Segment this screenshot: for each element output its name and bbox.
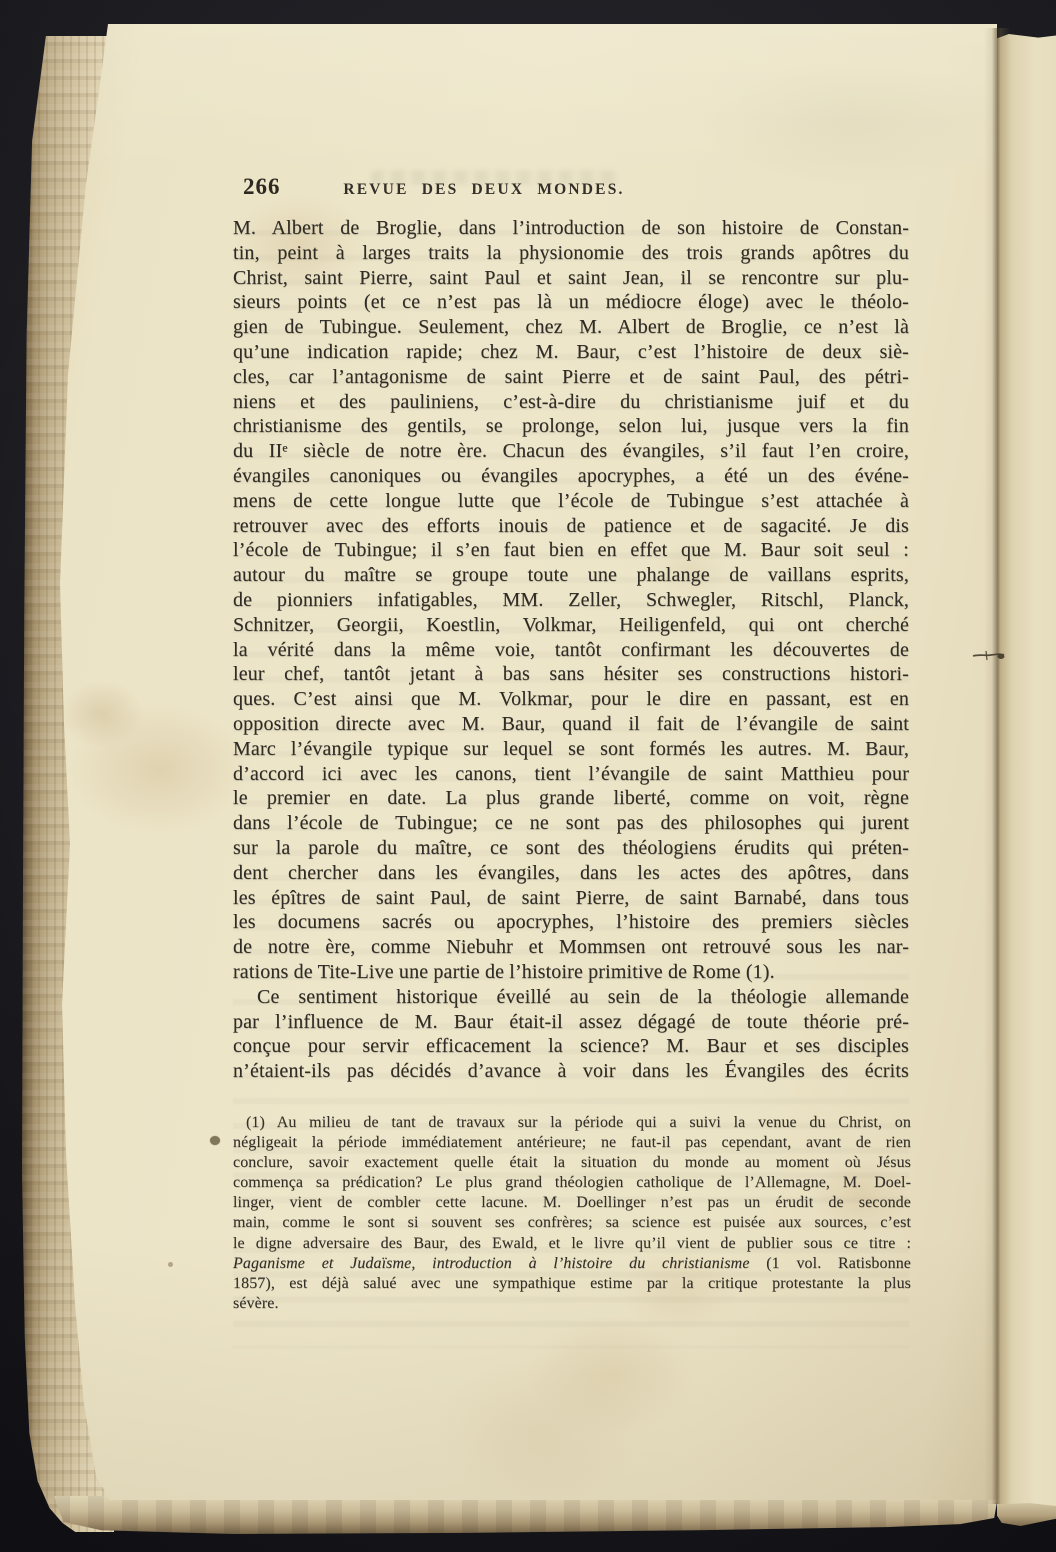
body-text: M. Albert de Broglie, dans l’introductio… (233, 216, 909, 1084)
text-line: commença sa prédication? Le plus grand t… (233, 1173, 911, 1193)
text-line: les épîtres de saint Paul, de saint Pier… (233, 886, 909, 911)
text-line: évangiles canoniques ou évangiles apocry… (233, 464, 909, 489)
text-line: (1) Au milieu de tant de travaux sur la … (233, 1113, 911, 1133)
text-line: de notre ère, comme Niebuhr et Mommsen o… (233, 935, 909, 960)
text-line: Schnitzer, Georgii, Koestlin, Volkmar, H… (233, 613, 909, 638)
page-number: 266 (243, 174, 281, 200)
italic-text-segment: Paganisme et Judaïsme, introduction à l’… (233, 1255, 750, 1272)
margin-ink-mark (971, 646, 1009, 664)
text-line: négligeait la période immédiatement anté… (233, 1133, 911, 1153)
text-line: le premier en date. La plus grande liber… (233, 786, 909, 811)
paper-speck (210, 1136, 220, 1145)
paper-speck (168, 1262, 173, 1267)
text-line: dans l’école de Tubingue; ce ne sont pas… (233, 811, 909, 836)
text-line: M. Albert de Broglie, dans l’introductio… (233, 216, 909, 241)
text-line: opposition directe avec M. Baur, quand i… (233, 712, 909, 737)
text-line: Marc l’évangile typique sur lequel se so… (233, 737, 909, 762)
text-line: sévère. (233, 1294, 911, 1314)
text-line: sur la parole du maître, ce sont des thé… (233, 836, 909, 861)
facing-page-edge (997, 34, 1056, 1506)
paragraph: (1) Au milieu de tant de travaux sur la … (233, 1113, 911, 1314)
text-line: l’école de Tubingue; il s’en faut bien e… (233, 538, 909, 563)
book-page: 266 REVUE DES DEUX MONDES. M. Albert de … (40, 24, 997, 1500)
text-line: conçue pour servir efficacement la scien… (233, 1034, 909, 1059)
text-line: Ce sentiment historique éveillé au sein … (233, 985, 909, 1010)
text-line: christianisme des gentils, se prolonge, … (233, 414, 909, 439)
paragraph: M. Albert de Broglie, dans l’introductio… (233, 216, 909, 985)
text-line: main, comme le sont si souvent ses confr… (233, 1213, 911, 1233)
text-line: conclure, savoir exactement quelle était… (233, 1153, 911, 1173)
text-line: par l’influence de M. Baur était-il asse… (233, 1010, 909, 1035)
text-line: de pionniers infatigables, MM. Zeller, S… (233, 588, 909, 613)
text-line: n’étaient-ils pas décidés d’avance à voi… (233, 1059, 909, 1084)
text-line: mens de cette longue lutte que l’école d… (233, 489, 909, 514)
footnote: (1) Au milieu de tant de travaux sur la … (233, 1113, 911, 1314)
book-scan: 266 REVUE DES DEUX MONDES. M. Albert de … (0, 0, 1056, 1552)
text-line: rations de Tite-Live une partie de l’his… (233, 960, 909, 985)
text-line: 1857), est déjà salué avec une sympathiq… (233, 1274, 911, 1294)
text-line: Christ, saint Pierre, saint Paul et sain… (233, 266, 909, 291)
text-line: dent chercher dans les évangiles, dans l… (233, 861, 909, 886)
text-line: sieurs points (et ce n’est pas là un méd… (233, 290, 909, 315)
running-title: REVUE DES DEUX MONDES. (334, 181, 634, 199)
text-segment: (1 vol. Ratisbonne (750, 1255, 911, 1272)
text-line: le digne adversaire des Baur, des Ewald,… (233, 1234, 911, 1254)
text-line: gien de Tubingue. Seulement, chez M. Alb… (233, 315, 909, 340)
text-line: du IIᵉ siècle de notre ère. Chacun des é… (233, 439, 909, 464)
text-line: ques. C’est ainsi que M. Volkmar, pour l… (233, 687, 909, 712)
text-line: autour du maître se groupe toute une pha… (233, 563, 909, 588)
text-line: niens et des pauliniens, c’est-à-dire du… (233, 390, 909, 415)
text-line: la vérité dans la même voie, tantôt conf… (233, 638, 909, 663)
text-line: retrouver avec des efforts inouis de pat… (233, 514, 909, 539)
paragraph: Ce sentiment historique éveillé au sein … (233, 985, 909, 1084)
text-line: tin, peint à larges traits la physionomi… (233, 241, 909, 266)
text-line: d’accord ici avec les canons, tient l’év… (233, 762, 909, 787)
text-line: Paganisme et Judaïsme, introduction à l’… (233, 1254, 911, 1274)
page-stack-bottom-edge (54, 1496, 998, 1534)
text-line: les documens sacrés ou apocryphes, l’his… (233, 910, 909, 935)
text-line: linger, vient de combler cette lacune. M… (233, 1193, 911, 1213)
text-line: qu’une indication rapide; chez M. Baur, … (233, 340, 909, 365)
text-line: leur chef, tantôt jetant à bas sans hési… (233, 662, 909, 687)
text-line: cles, car l’antagonisme de saint Pierre … (233, 365, 909, 390)
